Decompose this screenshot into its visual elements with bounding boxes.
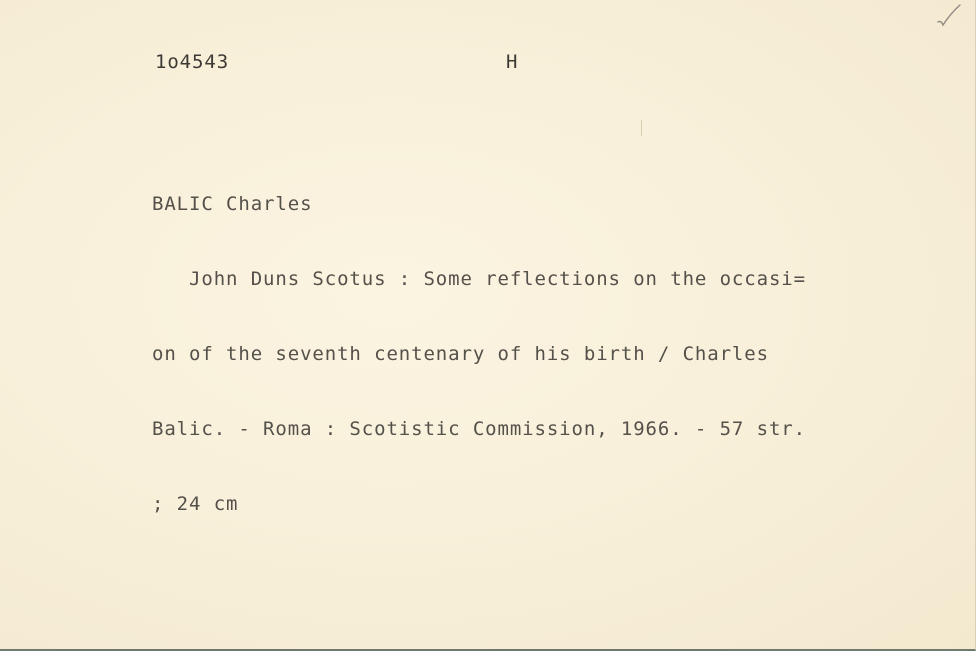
entry-line: Balic. - Roma : Scotistic Commission, 19… <box>152 417 806 442</box>
entry-line: ; 24 cm <box>152 492 806 517</box>
check-mark-icon <box>932 2 962 28</box>
entry-line: John Duns Scotus : Some reflections on t… <box>152 267 806 292</box>
bibliographic-entry: BALIC Charles John Duns Scotus : Some re… <box>152 142 806 567</box>
call-number: 1o4543 <box>155 50 229 75</box>
catalog-card: 1o4543 H BALIC Charles John Duns Scotus … <box>0 0 976 651</box>
paper-mark <box>641 120 642 136</box>
author-heading: BALIC Charles <box>152 192 806 217</box>
location-code: H <box>506 50 518 75</box>
entry-line: on of the seventh centenary of his birth… <box>152 342 806 367</box>
